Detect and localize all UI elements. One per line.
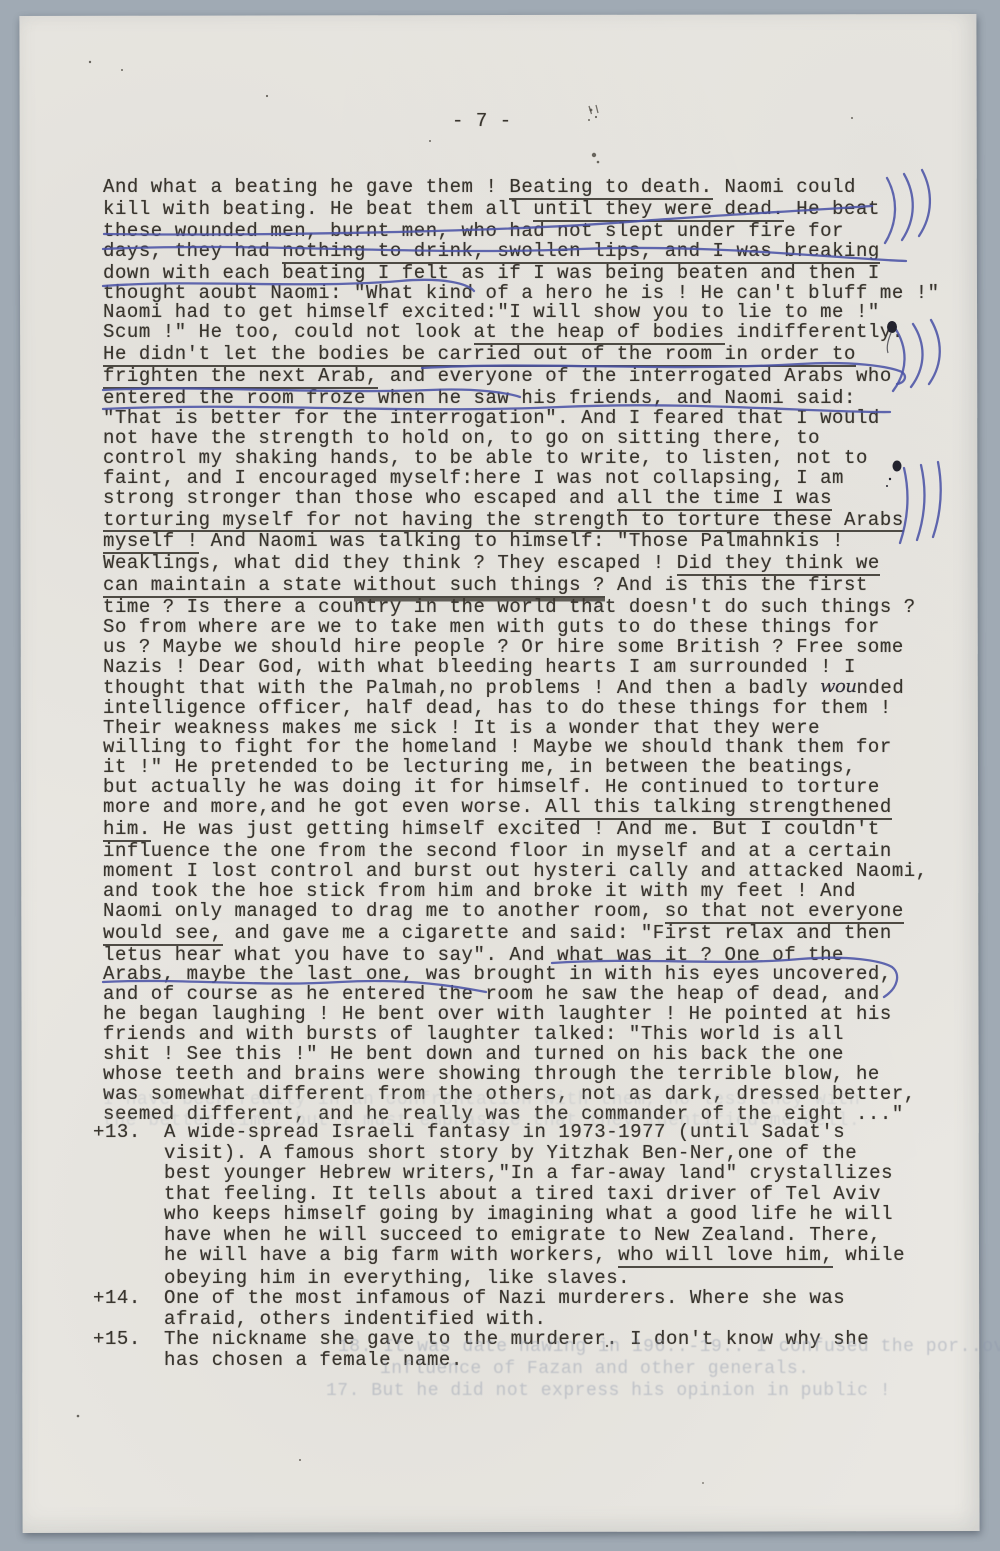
ghost-line: influence of Fazan and other generals.	[380, 1359, 809, 1379]
typewritten-line: have when he will succeed to emigrate to…	[164, 1225, 905, 1246]
typewritten-line: Naomi had to get himself excited:"I will…	[103, 303, 940, 323]
scanned-document-page: - 7 - And what a beating he gave them ! …	[0, 0, 1000, 1551]
typewritten-line: and took the hoe stick from him and brok…	[103, 882, 940, 902]
typewritten-line: One of the most infamous of Nazi murdere…	[164, 1288, 845, 1309]
footnote-text: A wide-spread Israeli fantasy in 1973-19…	[164, 1122, 905, 1288]
footnote-marker: +14.	[93, 1288, 164, 1329]
typewritten-line: us ? Maybe we should hire people ? Or hi…	[103, 638, 940, 658]
typewritten-line: So from where are we to take men with gu…	[103, 618, 940, 638]
typewritten-line: And what a beating he gave them ! Beatin…	[103, 178, 940, 200]
typewritten-line: torturing myself for not having the stre…	[103, 511, 940, 533]
ghost-line: 17. But he did not express his opinion i…	[326, 1381, 891, 1401]
page-number: - 7 -	[452, 112, 512, 132]
typewritten-line: "That is better for the interrogation". …	[103, 409, 940, 429]
typewritten-line: Nazis ! Dear God, with what bleeding hea…	[103, 658, 940, 678]
typewritten-line: afraid, others indentified with.	[164, 1309, 845, 1330]
ghost-line: the better time, but I must emphasize th…	[103, 1111, 860, 1131]
typewritten-line: Their weakness makes me sick ! It is a w…	[103, 719, 940, 739]
typewritten-line: strong stronger than those who escaped a…	[103, 489, 940, 511]
typewritten-line: these wounded men, burnt men, who had no…	[103, 222, 940, 242]
typewritten-line: best younger Hebrew writers,"In a far-aw…	[164, 1163, 905, 1184]
typewritten-line: moment I lost control and burst out hyst…	[103, 862, 940, 882]
typewritten-line: that feeling. It tells about a tired tax…	[164, 1184, 905, 1205]
typewritten-line: it !" He pretended to be lecturing me, i…	[103, 758, 940, 778]
typewritten-line: can maintain a state without such things…	[103, 576, 940, 598]
typewritten-line: who keeps himself going by imagining wha…	[164, 1204, 905, 1225]
typewritten-line: frighten the next Arab, and everyone of …	[103, 367, 940, 389]
typewritten-line: him. He was just getting himself excited…	[103, 820, 940, 842]
footnotes-block: +13.A wide-spread Israeli fantasy in 197…	[93, 1122, 905, 1370]
typewritten-line: and of course as he entered the room he …	[103, 985, 940, 1005]
typewritten-line: Weaklings, what did they think ? They es…	[103, 554, 940, 576]
typewritten-line: myself ! And Naomi was talking to himsel…	[103, 532, 940, 554]
typewritten-line: would see, and gave me a cigarette and s…	[103, 924, 940, 946]
footnote-marker: +13.	[93, 1122, 164, 1288]
typewritten-line: days, they had nothing to drink, swollen…	[103, 242, 940, 264]
typewritten-line: thought that with the Palmah,no problems…	[103, 678, 940, 699]
typewritten-line: visit). A famous short story by Yitzhak …	[164, 1143, 905, 1164]
typewritten-line: shit ! See this !" He bent down and turn…	[103, 1045, 940, 1065]
typewritten-line: friends and with bursts of laughter talk…	[103, 1025, 940, 1045]
typewritten-line: whose teeth and brains were showing thro…	[103, 1065, 940, 1085]
typewritten-line: he will have a big farm with workers, wh…	[164, 1245, 905, 1268]
typewritten-line: Naomi only managed to drag me to another…	[103, 902, 940, 924]
typewritten-line: not have the strength to hold on, to go …	[103, 429, 940, 449]
typewritten-line: influence the one from the second floor …	[103, 842, 940, 862]
ghost-line: I have been really in an confrontation w…	[103, 1090, 860, 1110]
footnote-text: One of the most infamous of Nazi murdere…	[164, 1288, 845, 1329]
typewritten-line: willing to fight for the homeland ! Mayb…	[103, 738, 940, 758]
typewritten-line: Scum !" He too, could not look at the he…	[103, 323, 940, 345]
footnote: +13.A wide-spread Israeli fantasy in 197…	[93, 1122, 905, 1288]
typewritten-line: Arabs, maybe the last one, was brought i…	[103, 965, 940, 985]
typewritten-line: time ? Is there a country in the world t…	[103, 598, 940, 618]
typewritten-line: He didn't let the bodies be carried out …	[103, 345, 940, 367]
footnote: +14.One of the most infamous of Nazi mur…	[93, 1288, 905, 1329]
typewritten-line: more and more,and he got even worse. All…	[103, 798, 940, 820]
typewritten-line: down with each beating I felt as if I wa…	[103, 264, 940, 284]
typewritten-line: he began laughing ! He bent over with la…	[103, 1005, 940, 1025]
typewritten-line: kill with beating. He beat them all unti…	[103, 200, 940, 222]
typewritten-line: obeying him in everything, like slaves.	[164, 1268, 905, 1289]
typewritten-line: but actually he was doing it for himself…	[103, 778, 940, 798]
typewritten-line: intelligence officer, half dead, has to …	[103, 699, 940, 719]
typewritten-line: faint, and I encouraged myself:here I wa…	[103, 469, 940, 489]
typewritten-line: control my shaking hands, to be able to …	[103, 449, 940, 469]
typewritten-line: letus hear what you have to say". And wh…	[103, 946, 940, 966]
ghost-line: 18. It was date hawing in 196..-19.. I c…	[338, 1337, 1000, 1357]
main-text: And what a beating he gave them ! Beatin…	[103, 178, 940, 1125]
typewritten-line: entered the room froze when he saw his f…	[103, 389, 940, 409]
typewritten-line: thought aoubt Naomi: "What kind of a her…	[103, 284, 940, 304]
footnote-marker: +15.	[93, 1329, 164, 1370]
